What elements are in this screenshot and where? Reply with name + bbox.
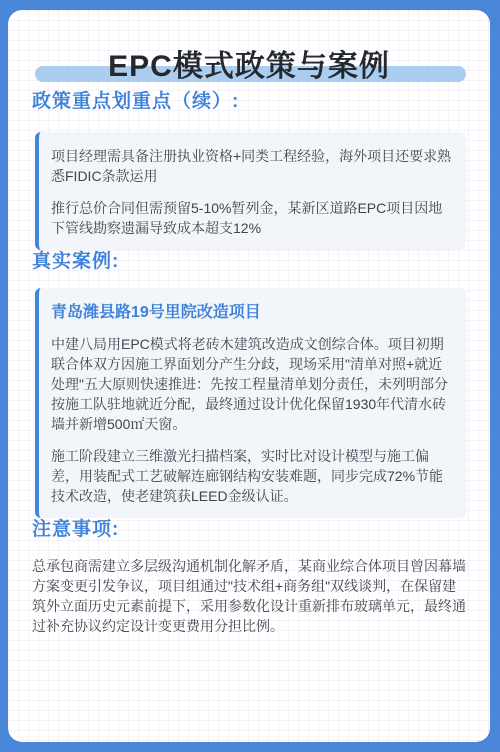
section-heading-case: 真实案例: bbox=[32, 250, 466, 274]
page-title: EPC模式政策与案例 bbox=[32, 50, 466, 84]
page-background: EPC模式政策与案例 政策重点划重点（续）: 项目经理需具备注册执业资格+同类工… bbox=[0, 0, 500, 752]
policy-paragraph-2: 推行总价合同但需预留5-10%暂列金，某新区道路EPC项目因地下管线勘察遗漏导致… bbox=[51, 198, 452, 238]
policy-highlights-box: 项目经理需具备注册执业资格+同类工程经验，海外项目还要求熟悉FIDIC条款运用 … bbox=[35, 132, 466, 250]
policy-paragraph-1: 项目经理需具备注册执业资格+同类工程经验，海外项目还要求熟悉FIDIC条款运用 bbox=[51, 146, 452, 186]
content-card: EPC模式政策与案例 政策重点划重点（续）: 项目经理需具备注册执业资格+同类工… bbox=[8, 10, 490, 742]
case-paragraph-1: 中建八局用EPC模式将老砖木建筑改造成文创综合体。项目初期联合体双方因施工界面划… bbox=[51, 334, 452, 434]
case-paragraph-2: 施工阶段建立三维激光扫描档案，实时比对设计模型与施工偏差，用装配式工艺破解连廊钢… bbox=[51, 446, 452, 506]
section-heading-notes: 注意事项: bbox=[32, 518, 466, 542]
notes-paragraph: 总承包商需建立多层级沟通机制化解矛盾，某商业综合体项目曾因幕墙方案变更引发争议，… bbox=[32, 556, 466, 636]
case-study-box: 青岛潍县路19号里院改造项目 中建八局用EPC模式将老砖木建筑改造成文创综合体。… bbox=[35, 288, 466, 518]
case-project-title: 青岛潍县路19号里院改造项目 bbox=[51, 302, 452, 324]
section-heading-policy: 政策重点划重点（续）: bbox=[32, 90, 466, 114]
page-header: EPC模式政策与案例 bbox=[32, 50, 466, 90]
